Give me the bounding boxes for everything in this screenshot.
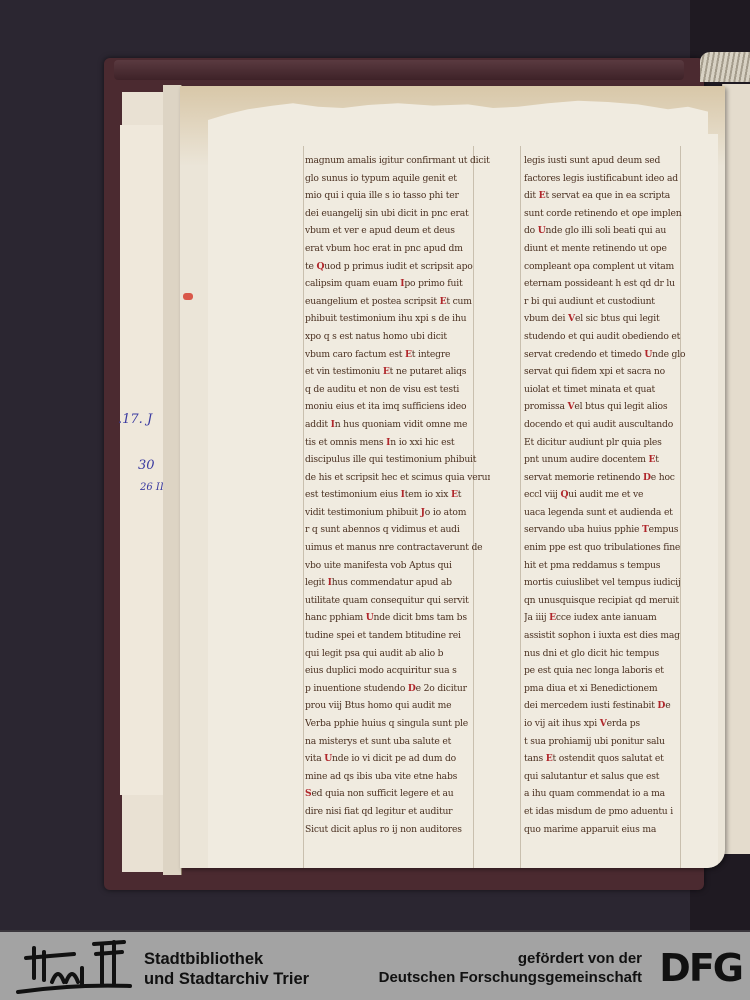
manuscript-image-viewer: .17. J 30 26 II magnum amalis igitur con… [0, 0, 750, 930]
manuscript-line: est testimonium eius Item io xix Et [305, 486, 490, 504]
manuscript-line: tans Et ostendit quos salutat et [524, 750, 704, 768]
manuscript-line: pma diua et xi Benedictionem [524, 680, 704, 698]
margin-note-shelfmark: .17. J [118, 412, 152, 427]
manuscript-line: servat credendo et timedo Unde glo [524, 346, 704, 364]
funding-line-1: gefördert von der [379, 949, 642, 968]
manuscript-line: te Quod p primus iudit et scripsit apo [305, 258, 490, 276]
manuscript-line: servando uba huius pphie Tempus [524, 521, 704, 539]
manuscript-line: docendo et qui audit auscultando [524, 416, 704, 434]
manuscript-line: assistit sophon i iuxta est dies mag [524, 627, 704, 645]
manuscript-line: enim ppe est quo tribulationes fine [524, 539, 704, 557]
manuscript-line: uaca legenda sunt et audienda et [524, 504, 704, 522]
manuscript-line: legis iusti sunt apud deum sed [524, 152, 704, 170]
manuscript-line: vidit testimonium phibuit Jo io atom [305, 504, 490, 522]
manuscript-line: na misterys et sunt uba salute et [305, 733, 490, 751]
funding-line-2: Deutschen Forschungsgemeinschaft [379, 968, 642, 987]
manuscript-line: eius duplici modo acquiritur sua s [305, 662, 490, 680]
manuscript-line: xpo q s est natus homo ubi dicit [305, 328, 490, 346]
manuscript-line: hit et pma reddamus s tempus [524, 557, 704, 575]
manuscript-line: vbo uite manifesta vob Aptus qui [305, 557, 490, 575]
red-ink-mark [183, 293, 193, 300]
manuscript-line: tudine spei et tandem btitudine rei [305, 627, 490, 645]
manuscript-line: Et dicitur audiunt plr quia ples [524, 434, 704, 452]
manuscript-line: pnt unum audire docentem Et [524, 451, 704, 469]
manuscript-line: pe est quia nec longa laboris et [524, 662, 704, 680]
manuscript-line: calipsim quam euam Ipo primo fuit [305, 275, 490, 293]
manuscript-line: sunt corde retinendo et ope implen [524, 205, 704, 223]
manuscript-line: moniu eius et ita imq sufficiens ideo [305, 398, 490, 416]
manuscript-line: discipulus ille qui testimonium phibuit [305, 451, 490, 469]
manuscript-line: r q sunt abennos q vidimus et audi [305, 521, 490, 539]
manuscript-line: dei mercedem iusti festinabit De [524, 697, 704, 715]
manuscript-line: dei euangelij sin ubi dicit in pnc erat [305, 205, 490, 223]
manuscript-line: Sicut dicit aplus ro ij non auditores [305, 821, 490, 839]
manuscript-line: promissa Vel btus qui legit alios [524, 398, 704, 416]
manuscript-line: vbum et ver e apud deum et deus [305, 222, 490, 240]
manuscript-line: mio qui i quia ille s io tasso phi ter [305, 187, 490, 205]
manuscript-line: utilitate quam consequitur qui servit [305, 592, 490, 610]
institution-line-1: Stadtbibliothek [144, 949, 309, 969]
institution-name: Stadtbibliothek und Stadtarchiv Trier [144, 949, 309, 989]
manuscript-line: t sua prohiamij ubi ponitur salu [524, 733, 704, 751]
manuscript-line: Verba pphie huius q singula sunt ple [305, 715, 490, 733]
manuscript-line: et idas misdum de pmo aduentu i [524, 803, 704, 821]
manuscript-line: Sed quia non sufficit legere et au [305, 785, 490, 803]
manuscript-line: eccl viij Qui audit me et ve [524, 486, 704, 504]
headband [700, 52, 750, 82]
manuscript-line: quo marime apparuit eius ma [524, 821, 704, 839]
manuscript-line: mortis cuiuslibet vel tempus iudicij [524, 574, 704, 592]
manuscript-line: vita Unde io vi dicit pe ad dum do [305, 750, 490, 768]
manuscript-line: mine ad qs ibis uba vite etne habs [305, 768, 490, 786]
manuscript-line: studendo et qui audit obediendo et [524, 328, 704, 346]
manuscript-line: phibuit testimonium ihu xpi s de ihu [305, 310, 490, 328]
manuscript-line: io vij ait ihus xpi Verda ps [524, 715, 704, 733]
manuscript-line: vbum caro factum est Et integre [305, 346, 490, 364]
manuscript-line: euangelium et postea scripsit Et cum [305, 293, 490, 311]
text-column-right: legis iusti sunt apud deum sed factores … [524, 152, 704, 838]
manuscript-line: magnum amalis igitur confirmant ut dicit [305, 152, 490, 170]
manuscript-line: diunt et mente retinendo ut ope [524, 240, 704, 258]
margin-note-folio: 26 II [140, 482, 164, 493]
manuscript-line: et vin testimoniu Et ne putaret aliqs [305, 363, 490, 381]
manuscript-line: vbum dei Vel sic btus qui legit [524, 310, 704, 328]
manuscript-line: uiolat et timet minata et quat [524, 381, 704, 399]
footer-banner: Stadtbibliothek und Stadtarchiv Trier ge… [0, 930, 750, 1000]
manuscript-line: factores legis iustificabunt ideo ad [524, 170, 704, 188]
manuscript-line: dit Et servat ea que in ea scripta [524, 187, 704, 205]
manuscript-line: nus dni et glo dicit hic tempus [524, 645, 704, 663]
manuscript-line: servat qui fidem xpi et sacra no [524, 363, 704, 381]
manuscript-line: prou viij Btus homo qui audit me [305, 697, 490, 715]
dfg-logo-icon: DFG [659, 946, 742, 990]
manuscript-line: legit Ihus commendatur apud ab [305, 574, 490, 592]
manuscript-line: servat memorie retinendo De hoc [524, 469, 704, 487]
manuscript-line: dire nisi fiat qd legitur et auditur [305, 803, 490, 821]
manuscript-line: q de auditu et non de visu est testi [305, 381, 490, 399]
trier-bridge-logo-icon [14, 938, 134, 998]
manuscript-line: qn unusquisque recipiat qd meruit [524, 592, 704, 610]
manuscript-line: glo sunus io typum aquile genit et [305, 170, 490, 188]
manuscript-line: qui salutantur et salus que est [524, 768, 704, 786]
manuscript-line: hanc pphiam Unde dicit bms tam bs [305, 609, 490, 627]
manuscript-line: compleant opa complent ut vitam [524, 258, 704, 276]
manuscript-line: addit In hus quoniam vidit omne me [305, 416, 490, 434]
funding-note: gefördert von der Deutschen Forschungsge… [379, 949, 642, 987]
margin-note-number: 30 [138, 458, 155, 473]
manuscript-line: p inuentione studendo De 2o dicitur [305, 680, 490, 698]
manuscript-line: qui legit psa qui audit ab alio b [305, 645, 490, 663]
manuscript-line: erat vbum hoc erat in pnc apud dm [305, 240, 490, 258]
ruling-line [303, 146, 304, 868]
manuscript-line: do Unde glo illi soli beati qui au [524, 222, 704, 240]
manuscript-line: tis et omnis mens In io xxi hic est [305, 434, 490, 452]
manuscript-line: de his et scripsit hec et scimus quia ve… [305, 469, 490, 487]
manuscript-line: a ihu quam commendat io a ma [524, 785, 704, 803]
manuscript-line: Ja iiij Ecce iudex ante ianuam [524, 609, 704, 627]
right-page-edges [722, 84, 750, 854]
binding-top-edge [114, 60, 684, 80]
institution-line-2: und Stadtarchiv Trier [144, 969, 309, 989]
manuscript-line: eternam possideant h est qd dr lu [524, 275, 704, 293]
ruling-line [520, 146, 521, 868]
text-column-left: magnum amalis igitur confirmant ut dicit… [305, 152, 490, 838]
manuscript-line: r bi qui audiunt et custodiunt [524, 293, 704, 311]
manuscript-line: uimus et manus nre contractaverunt de [305, 539, 490, 557]
